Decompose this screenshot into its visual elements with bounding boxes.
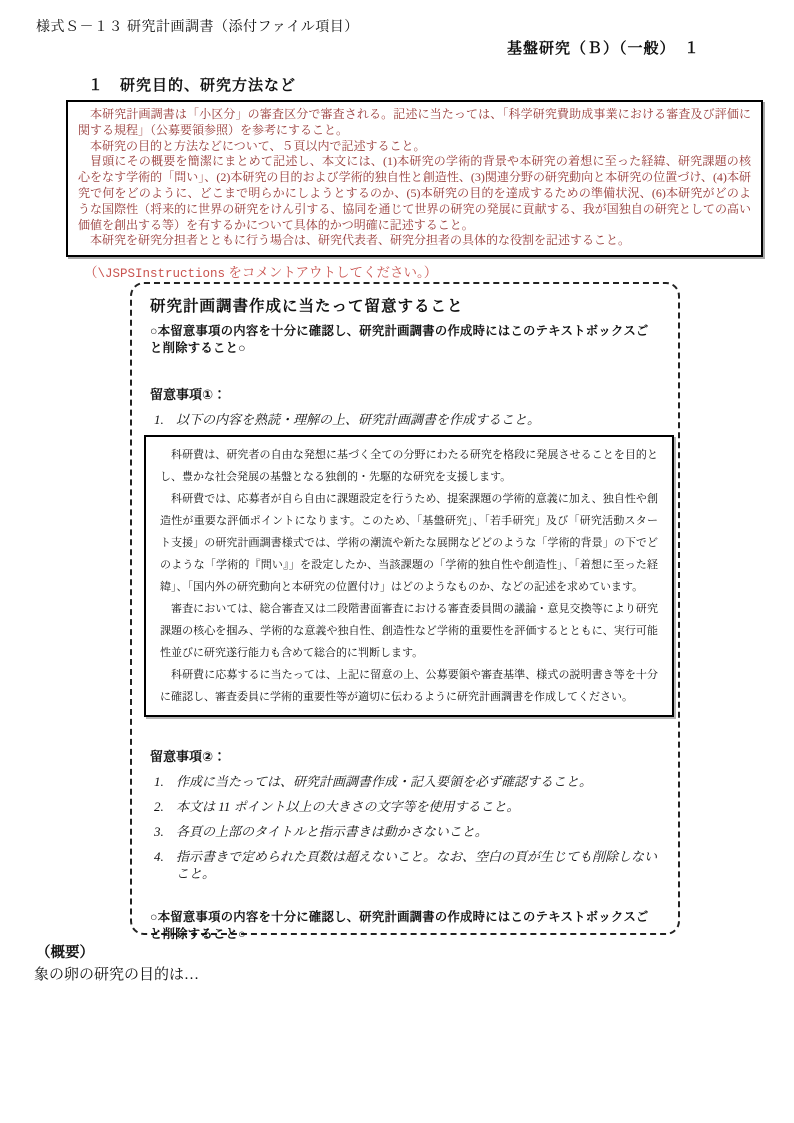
latex-comment-line: （\JSPSInstructions をコメントアウトしてください。）	[84, 261, 437, 281]
review-instruction-box: 本研究計画調書は「小区分」の審査区分で審査される。記述に当たっては、「科学研究費…	[66, 100, 763, 257]
category-header: 基盤研究（Ｂ）（一般） １	[507, 37, 700, 58]
summary-body-text: 象の卵の研究の目的は…	[34, 963, 199, 984]
review-instruction-paragraph: 本研究を研究分担者とともに行う場合は、研究代表者、研究分担者の具体的な役割を記述…	[78, 233, 751, 249]
summary-section-label: （概要）	[36, 941, 94, 962]
notice1-item: 1. 以下の内容を熟読・理解の上、研究計画調書を作成すること。	[154, 411, 660, 428]
list-item-text: 本文は 11 ポイント以上の大きさの文字等を使用すること。	[176, 798, 520, 815]
kakenhi-paragraph: 科研費に応募するに当たっては、上記に留意の上、公募要領や審査基準、様式の説明書き…	[160, 664, 658, 708]
notice2-item: 3. 各頁の上部のタイトルと指示書きは動かさないこと。	[154, 823, 660, 840]
review-instruction-paragraph: 冒頭にその概要を簡潔にまとめて記述し、本文には、(1)本研究の学術的背景や本研究…	[78, 154, 751, 233]
delete-textbox-warning-bottom: ○本留意事項の内容を十分に確認し、研究計画調書の作成時にはこのテキストボックスご…	[150, 909, 660, 943]
delete-textbox-warning-top: ○本留意事項の内容を十分に確認し、研究計画調書の作成時にはこのテキストボックスご…	[150, 323, 660, 357]
notice2-item: 4. 指示書きで定められた頁数は超えないこと。なお、空白の頁が生じても削除しない…	[154, 848, 660, 882]
review-instruction-paragraph: 本研究計画調書は「小区分」の審査区分で審査される。記述に当たっては、「科学研究費…	[78, 107, 751, 139]
list-item-number: 2.	[154, 798, 176, 815]
review-instruction-paragraph: 本研究の目的と方法などについて、５頁以内で記述すること。	[78, 139, 751, 155]
kakenhi-paragraph: 科研費は、研究者の自由な発想に基づく全ての分野にわたる研究を格段に発展させること…	[160, 444, 658, 488]
list-item-number: 3.	[154, 823, 176, 840]
notice2-item: 1. 作成に当たっては、研究計画調書作成・記入要領を必ず確認すること。	[154, 773, 660, 790]
notice-text-box: 研究計画調書作成に当たって留意すること ○本留意事項の内容を十分に確認し、研究計…	[130, 282, 680, 935]
notice2-label: 留意事項②：	[150, 746, 660, 765]
kakenhi-description-box: 科研費は、研究者の自由な発想に基づく全ての分野にわたる研究を格段に発展させること…	[144, 435, 674, 717]
section-title: １ 研究目的、研究方法など	[88, 74, 296, 95]
list-item-text: 各頁の上部のタイトルと指示書きは動かさないこと。	[176, 823, 488, 840]
kakenhi-paragraph: 科研費では、応募者が自ら自由に課題設定を行うため、提案課題の学術的意義に加え、独…	[160, 488, 658, 598]
notice1-label: 留意事項①：	[150, 384, 660, 403]
list-item-text: 以下の内容を熟読・理解の上、研究計画調書を作成すること。	[176, 411, 540, 428]
list-item-number: 1.	[154, 411, 176, 428]
list-item-number: 1.	[154, 773, 176, 790]
latex-command-text: \JSPSInstructions	[98, 267, 226, 281]
list-item-text: 作成に当たっては、研究計画調書作成・記入要領を必ず確認すること。	[176, 773, 592, 790]
notice2-item: 2. 本文は 11 ポイント以上の大きさの文字等を使用すること。	[154, 798, 660, 815]
notice-box-title: 研究計画調書作成に当たって留意すること	[150, 294, 660, 316]
list-item-text: 指示書きで定められた頁数は超えないこと。なお、空白の頁が生じても削除しないこと。	[176, 848, 660, 882]
comment-open-paren: （	[84, 265, 98, 280]
comment-rest-text: をコメントアウトしてください。）	[225, 265, 437, 280]
list-item-number: 4.	[154, 848, 176, 882]
kakenhi-paragraph: 審査においては、総合審査又は二段階書面審査における審査委員間の議論・意見交換等に…	[160, 598, 658, 664]
form-id-label: 様式Ｓ－１３ 研究計画調書（添付ファイル項目）	[36, 16, 359, 36]
